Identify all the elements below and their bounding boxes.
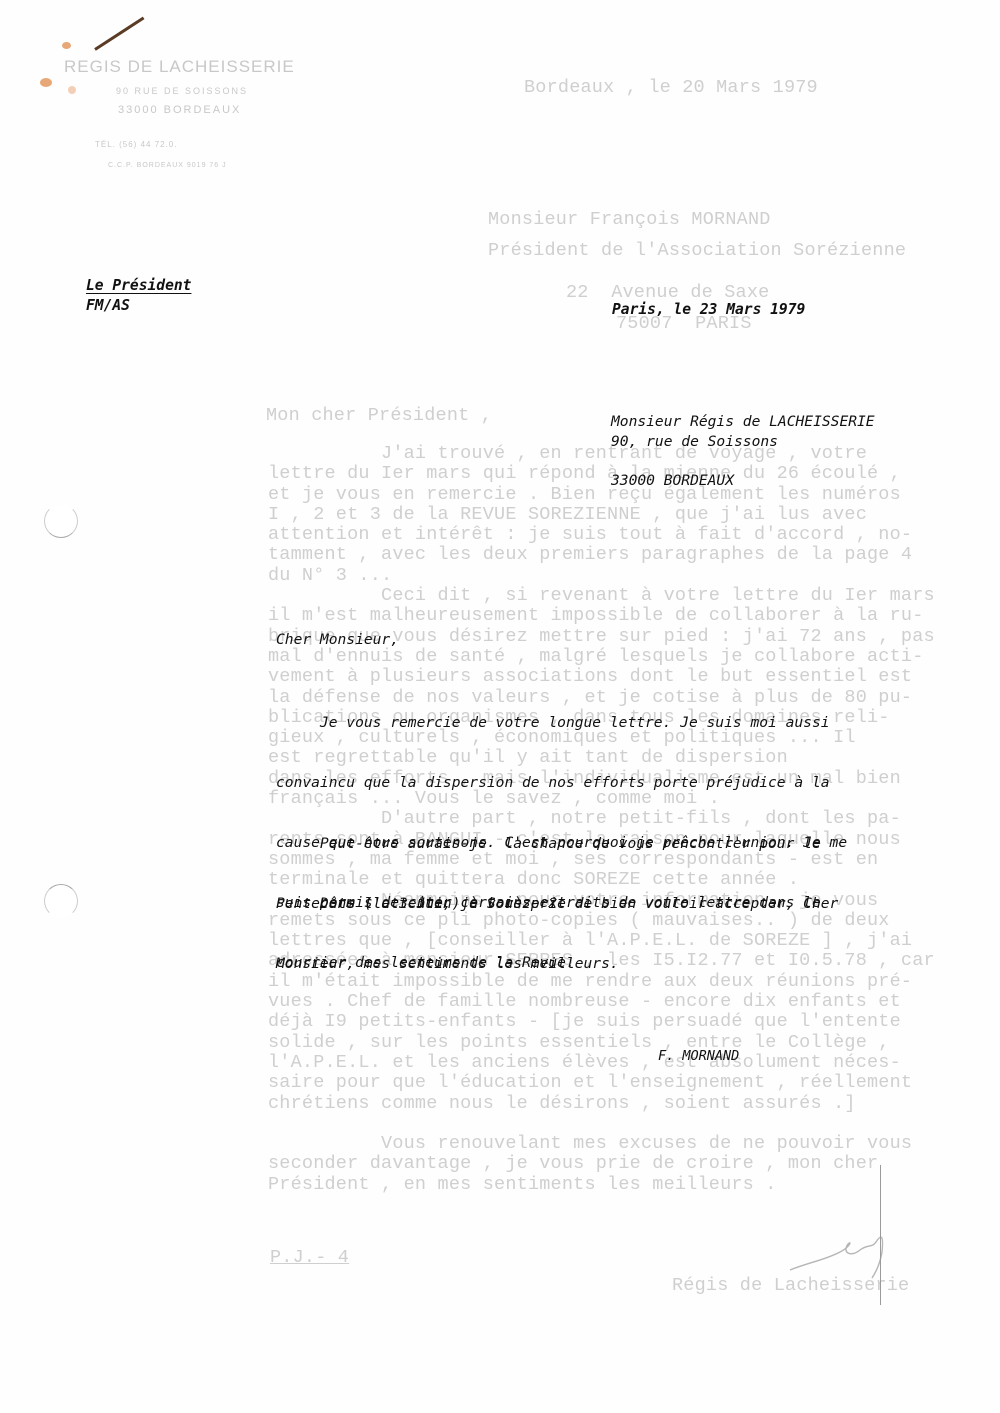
staple-mark (94, 17, 144, 51)
ghost-body-line: I , 2 et 3 de la REVUE SOREZIENNE , que … (268, 505, 935, 525)
ghost-body-line: il m'est malheureusement impossible de c… (268, 606, 935, 626)
ghost-body-line: déjà I9 petits-enfants - [je suis persua… (268, 1012, 935, 1032)
ghost-body-line: et je vous en remercie . Bien reçu égale… (268, 485, 935, 505)
body-paragraph-3: Dans l'attente, je vous prie de bien vou… (276, 854, 838, 1014)
ghost-body-line: J'ai trouvé , en rentrant de voyage , vo… (268, 444, 935, 464)
rust-stain (40, 78, 52, 87)
ghost-body-line: l'A.P.E.L. et les anciens élèves , est a… (268, 1053, 935, 1073)
punch-hole (44, 504, 78, 538)
ghost-body-line: seconder davantage , je vous prie de cro… (268, 1154, 935, 1174)
ghost-body-line: lettre du Ier mars qui répond à la mienn… (268, 464, 935, 484)
ghost-letterhead-phone: TÉL. (56) 44 72.0. (95, 140, 177, 149)
ghost-recipient-line: Président de l'Association Sorézienne (488, 241, 906, 261)
recipient-street: 90, rue de Soissons (611, 432, 778, 452)
salutation: Cher Monsieur, (276, 630, 399, 650)
ghost-body-line (268, 1114, 935, 1134)
rust-stain (68, 86, 76, 94)
ghost-letterhead-city: 33000 BORDEAUX (118, 104, 241, 116)
ghost-handwritten-signature (780, 1222, 900, 1282)
ghost-body-line: Vous renouvelant mes excuses de ne pouvo… (268, 1134, 935, 1154)
ghost-recipient-line: Monsieur François MORNAND (488, 210, 771, 230)
ghost-margin-line (880, 1165, 881, 1305)
place-date: Paris, le 23 Mars 1979 (612, 300, 805, 320)
ghost-body-line: attention et intérêt : je suis tout à fa… (268, 525, 935, 545)
ghost-body-line: chrétiens comme nous le désirons , soien… (268, 1094, 935, 1114)
body-line: Monsieur, mes sentiments les meilleurs. (276, 954, 838, 974)
body-line: Je vous remercie de votre longue lettre.… (276, 713, 847, 733)
ghost-body-line: tamment , avec les deux premiers paragra… (268, 545, 935, 565)
ghost-letterhead-street: 90 RUE DE SOISSONS (116, 86, 248, 96)
punch-hole (44, 884, 78, 918)
ghost-body-line: du N° 3 ... (268, 566, 935, 586)
ghost-salutation: Mon cher Président , (266, 406, 492, 426)
scanned-letter-page: REGIS DE LACHEISSERIE 90 RUE DE SOISSONS… (0, 0, 1000, 1413)
ghost-body-line: mal d'ennuis de santé , malgré lesquels … (268, 647, 935, 667)
ghost-body-line: Ceci dit , si revenant à votre lettre du… (268, 586, 935, 606)
signature-name: F. MORNAND (658, 1046, 739, 1066)
body-line: Dans l'attente, je vous prie de bien vou… (276, 894, 838, 914)
ghost-body-line: solide , sur les points essentiels , ent… (268, 1033, 935, 1053)
reference-code: FM/AS (86, 296, 130, 316)
recipient-name: Monsieur Régis de LACHEISSERIE (611, 412, 875, 432)
rust-stain (62, 42, 71, 49)
recipient-city: 33000 BORDEAUX (611, 471, 734, 491)
ghost-letterhead-account: C.C.P. BORDEAUX 9019 76 J (108, 162, 227, 169)
sender-title: Le Président (86, 276, 191, 296)
ghost-letterhead-name: REGIS DE LACHEISSERIE (64, 57, 295, 77)
ghost-place-date: Bordeaux , le 20 Mars 1979 (524, 78, 818, 98)
ghost-body-line: saire pour que l'éducation et l'enseigne… (268, 1073, 935, 1093)
ghost-body-line: Président , en mes sentiments les meille… (268, 1175, 935, 1195)
body-line: convaincu que la dispersion de nos effor… (276, 773, 847, 793)
body-line: Peut-être aurais-je la chance de vous re… (276, 834, 821, 854)
ghost-enclosure: P.J.- 4 (270, 1248, 349, 1268)
